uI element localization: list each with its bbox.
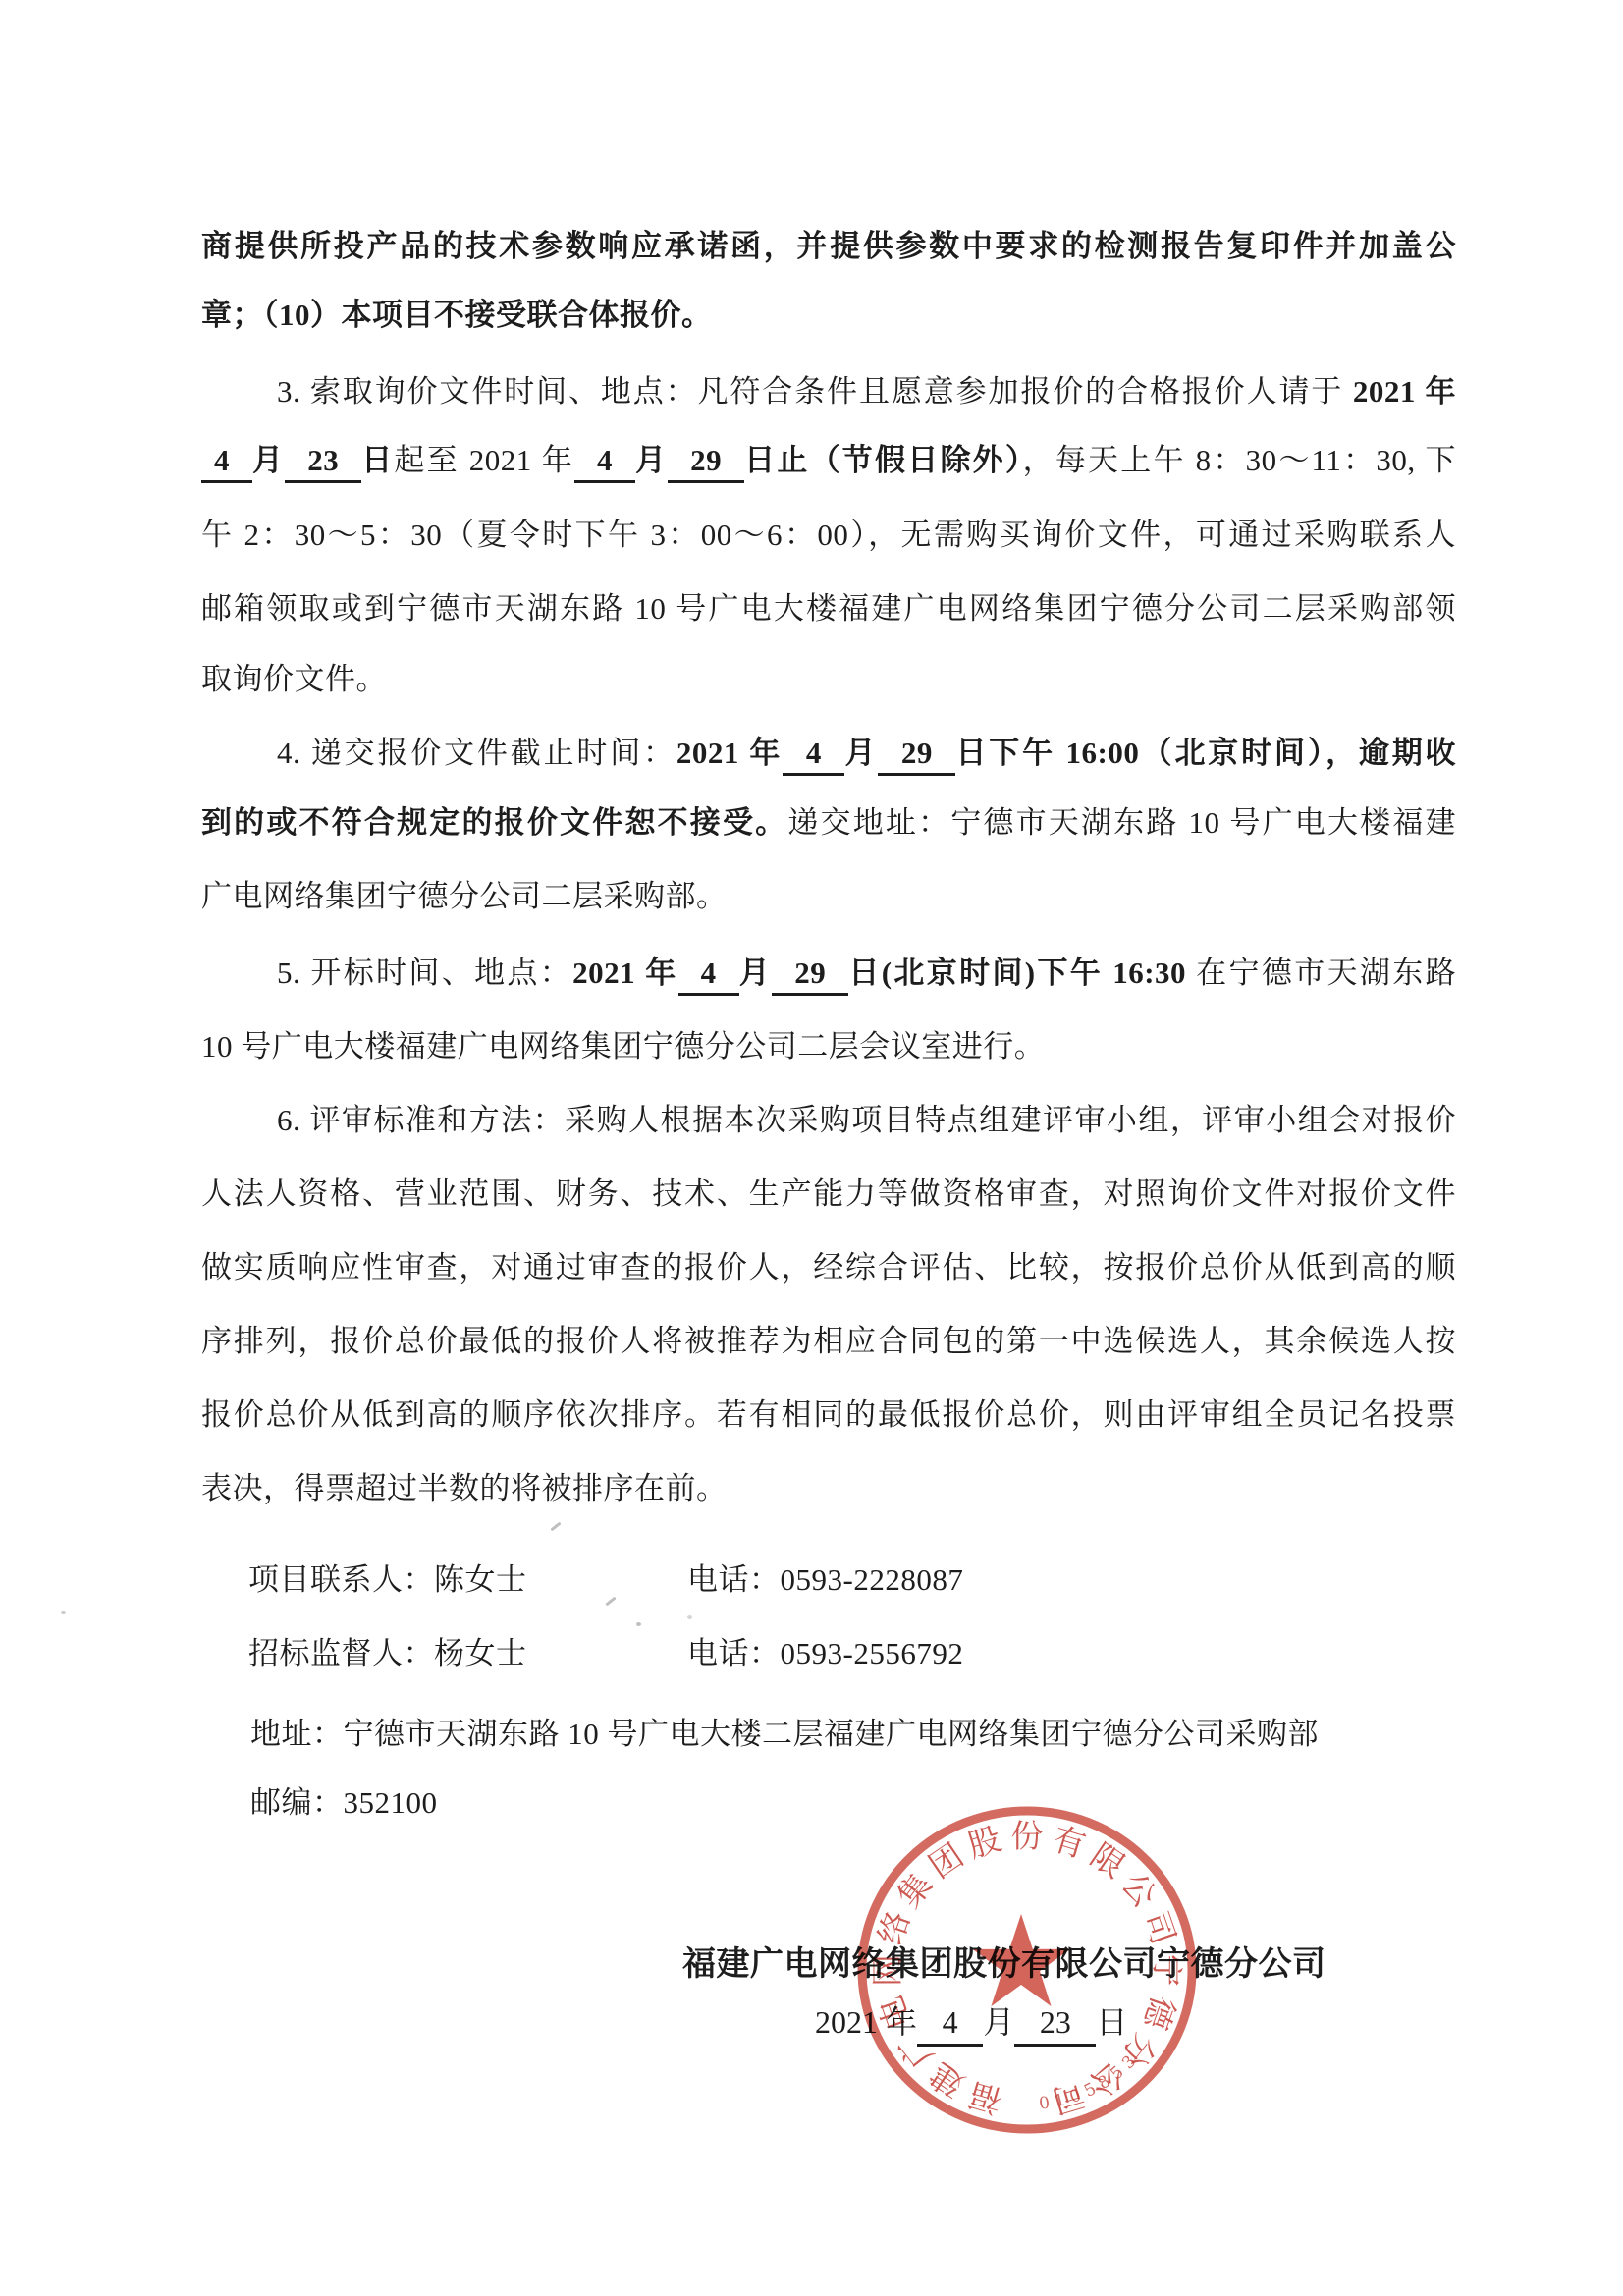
text-line: 午 2：30～5：30（夏令时下午 3：00～6：00），无需购买询价文件，可通… bbox=[201, 517, 1456, 555]
text-segment: 月 bbox=[252, 443, 285, 477]
text-segment: 2021 年 bbox=[676, 736, 783, 770]
text-segment: 23 bbox=[1014, 2004, 1096, 2047]
text-segment: 月 bbox=[739, 956, 772, 990]
text-segment: 取询价文件。 bbox=[201, 662, 387, 696]
text-segment: 4. 递交报价文件截止时间： bbox=[277, 736, 676, 770]
signature-company-name: 福建广电网络集团股份有限公司宁德分公司 bbox=[682, 1937, 1326, 1985]
text-segment: 6. 评审标准和方法：采购人根据本次采购项目特点组建评审小组，评审小组会对报价 bbox=[277, 1103, 1456, 1137]
text-segment: 2021 年 bbox=[572, 956, 677, 990]
text-segment: 2021 年 bbox=[1353, 374, 1456, 409]
text-segment: 29 bbox=[668, 443, 744, 483]
text-segment: 月 bbox=[983, 2004, 1014, 2040]
svg-text:0105853: 0105853 bbox=[1038, 2048, 1144, 2114]
text-line: 10 号广电大楼福建广电网络集团宁德分公司二层会议室进行。 bbox=[201, 1028, 1456, 1066]
text-line: 4 月 23 日起至 2021 年 4 月 29 日止（节假日除外），每天上午 … bbox=[201, 442, 1456, 480]
text-segment: 4 bbox=[574, 443, 635, 483]
text-line: 到的或不符合规定的报价文件恕不接受。递交地址：宁德市天湖东路 10 号广电大楼福… bbox=[201, 804, 1456, 843]
text-line: 4. 递交报价文件截止时间：2021 年 4 月 29 日下午 16:00（北京… bbox=[277, 735, 1456, 773]
text-segment: 4 bbox=[783, 736, 844, 776]
text-line: 人法人资格、营业范围、财务、技术、生产能力等做资格审查，对照询价文件对报价文件 bbox=[201, 1175, 1456, 1214]
text-line: 3. 索取询价文件时间、地点：凡符合条件且愿意参加报价的合格报价人请于 2021… bbox=[277, 373, 1456, 411]
text-line: 表决，得票超过半数的将被排序在前。 bbox=[201, 1470, 1456, 1508]
text-segment: 日 bbox=[361, 443, 394, 477]
signature-date: 2021 年 4 月 23 日 bbox=[815, 1997, 1127, 2043]
text-segment: 23 bbox=[285, 443, 361, 483]
text-segment: 起至 2021 年 bbox=[394, 443, 574, 477]
text-segment: 4 bbox=[917, 2004, 983, 2047]
text-line: 项目联系人：陈女士电话：0593-2228087 bbox=[248, 1561, 1503, 1600]
text-segment: 10 号广电大楼福建广电网络集团宁德分公司二层会议室进行。 bbox=[201, 1029, 1045, 1064]
text-segment: 月 bbox=[844, 736, 878, 770]
text-segment: 商提供所投产品的技术参数响应承诺函，并提供参数中要求的检测报告复印件并加盖公 bbox=[201, 229, 1456, 263]
text-segment: 午 2：30～5：30（夏令时下午 3：00～6：00），无需购买询价文件，可通… bbox=[201, 518, 1456, 552]
text-segment: 29 bbox=[772, 956, 848, 996]
text-segment: 4 bbox=[201, 443, 252, 483]
scan-artifact bbox=[61, 1611, 66, 1614]
text-segment: 地址：宁德市天湖东路 10 号广电大楼二层福建广电网络集团宁德分公司采购部 bbox=[250, 1717, 1319, 1751]
text-segment: 月 bbox=[635, 443, 668, 477]
text-line: 邮编：352100 bbox=[250, 1784, 1505, 1823]
phone-number: 电话：0593-2556792 bbox=[687, 1635, 963, 1673]
text-segment: 招标监督人：杨女士 bbox=[248, 1636, 527, 1670]
text-line: 取询价文件。 bbox=[201, 661, 1456, 699]
scan-artifact bbox=[636, 1622, 641, 1626]
phone-number: 电话：0593-2228087 bbox=[687, 1561, 963, 1600]
text-segment: 人法人资格、营业范围、财务、技术、生产能力等做资格审查，对照询价文件对报价文件 bbox=[201, 1176, 1456, 1211]
text-segment: 报价总价从低到高的顺序依次排序。若有相同的最低报价总价，则由评审组全员记名投票 bbox=[201, 1397, 1456, 1432]
text-segment: 5. 开标时间、地点： bbox=[277, 956, 572, 990]
text-segment: 在宁德市天湖东路 bbox=[1196, 956, 1456, 990]
text-segment: 做实质响应性审查，对通过审查的报价人，经综合评估、比较，按报价总价从低到高的顺 bbox=[201, 1250, 1456, 1285]
text-segment: 项目联系人：陈女士 bbox=[248, 1562, 527, 1597]
text-line: 做实质响应性审查，对通过审查的报价人，经综合评估、比较，按报价总价从低到高的顺 bbox=[201, 1249, 1456, 1287]
text-line: 5. 开标时间、地点：2021 年 4 月 29 日(北京时间)下午 16:30… bbox=[277, 955, 1456, 993]
text-segment: 邮编：352100 bbox=[250, 1785, 438, 1820]
scan-artifact bbox=[687, 1615, 692, 1619]
text-line: 报价总价从低到高的顺序依次排序。若有相同的最低报价总价，则由评审组全员记名投票 bbox=[201, 1396, 1456, 1435]
seal-code-number: 0105853 bbox=[1038, 2048, 1144, 2114]
text-segment: ，每天上午 8：30～11：30, 下 bbox=[1023, 443, 1456, 477]
text-segment: 到的或不符合规定的报价文件恕不接受。 bbox=[201, 805, 787, 840]
text-segment: 4 bbox=[678, 956, 739, 996]
text-line: 章；（10）本项目不接受联合体报价。 bbox=[201, 297, 1456, 335]
text-segment: 广电网络集团宁德分公司二层采购部。 bbox=[201, 879, 728, 913]
text-segment: 日下午 16:00（北京时间），逾期收 bbox=[955, 736, 1456, 770]
text-segment: 邮箱领取或到宁德市天湖东路 10 号广电大楼福建广电网络集团宁德分公司二层采购部… bbox=[201, 591, 1456, 626]
text-line: 6. 评审标准和方法：采购人根据本次采购项目特点组建评审小组，评审小组会对报价 bbox=[277, 1102, 1456, 1140]
text-segment: 3. 索取询价文件时间、地点：凡符合条件且愿意参加报价的合格报价人请于 bbox=[277, 374, 1353, 409]
text-line: 序排列，报价总价最低的报价人将被推荐为相应合同包的第一中选候选人，其余候选人按 bbox=[201, 1323, 1456, 1361]
text-segment: 2021 年 bbox=[815, 2004, 917, 2040]
text-line: 广电网络集团宁德分公司二层采购部。 bbox=[201, 878, 1456, 916]
text-segment: 日 bbox=[1096, 2004, 1127, 2040]
text-segment: 日(北京时间)下午 16:30 bbox=[848, 956, 1196, 990]
text-segment: 递交地址：宁德市天湖东路 10 号广电大楼福建 bbox=[787, 805, 1456, 840]
text-segment: 日止 bbox=[744, 443, 809, 477]
text-line: 商提供所投产品的技术参数响应承诺函，并提供参数中要求的检测报告复印件并加盖公 bbox=[201, 228, 1456, 266]
text-line: 地址：宁德市天湖东路 10 号广电大楼二层福建广电网络集团宁德分公司采购部 bbox=[250, 1716, 1505, 1754]
text-segment: 章；（10）本项目不接受联合体报价。 bbox=[201, 298, 713, 332]
text-segment: 序排列，报价总价最低的报价人将被推荐为相应合同包的第一中选候选人，其余候选人按 bbox=[201, 1324, 1456, 1358]
text-line: 邮箱领取或到宁德市天湖东路 10 号广电大楼福建广电网络集团宁德分公司二层采购部… bbox=[201, 590, 1456, 629]
text-line: 招标监督人：杨女士电话：0593-2556792 bbox=[248, 1635, 1503, 1673]
document-page: 商提供所投产品的技术参数响应承诺函，并提供参数中要求的检测报告复印件并加盖公章；… bbox=[0, 0, 1623, 2296]
scan-artifact bbox=[550, 1522, 561, 1532]
text-segment: 表决，得票超过半数的将被排序在前。 bbox=[201, 1471, 728, 1505]
text-segment: （节假日除外） bbox=[810, 443, 1023, 477]
text-segment: 29 bbox=[878, 736, 955, 776]
